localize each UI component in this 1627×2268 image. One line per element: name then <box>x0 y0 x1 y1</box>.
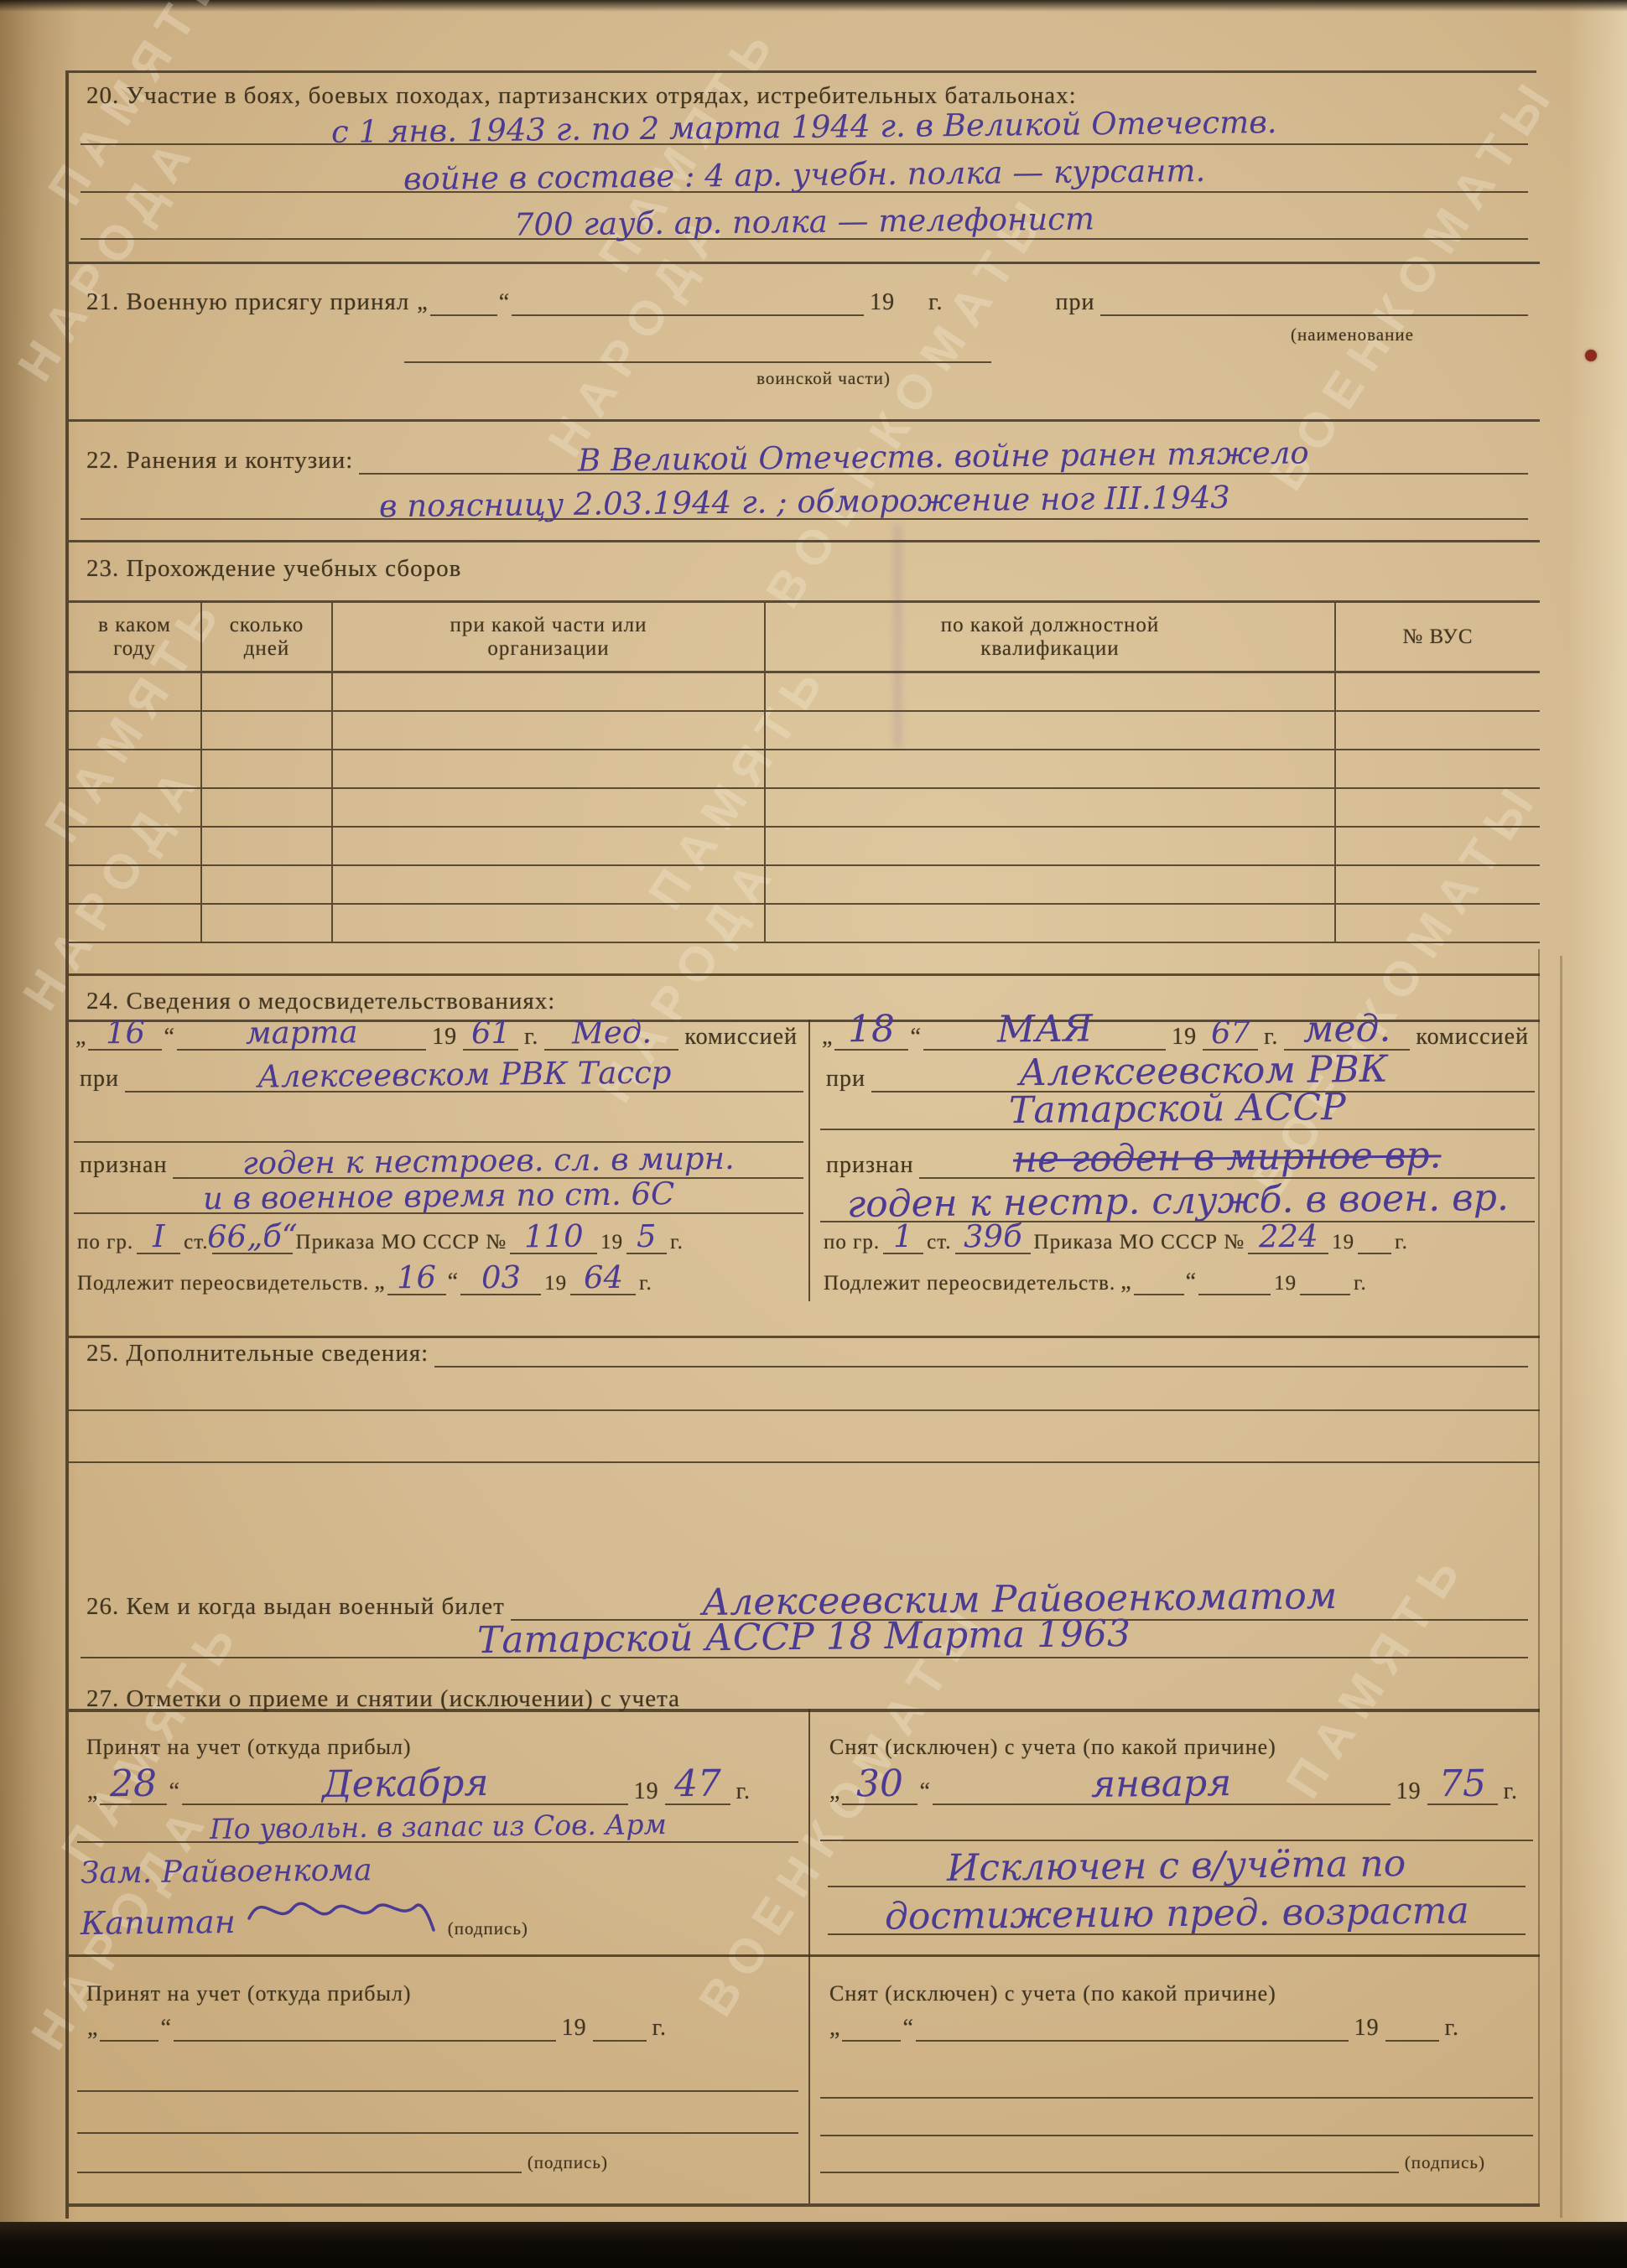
table-cell <box>1336 673 1540 712</box>
section25-title-row: 25. Дополнительные сведения: <box>81 1331 1528 1368</box>
table-cell <box>333 905 766 943</box>
order-label: Приказа МО СССР № <box>1031 1231 1249 1254</box>
open-quote: „ <box>828 1778 842 1805</box>
day-blank <box>100 2040 159 2042</box>
med-right-pri-row: при Алексеевском РВК <box>820 1051 1535 1092</box>
signature-blank <box>77 2172 522 2173</box>
med-left-year: 61 <box>467 1017 513 1049</box>
year-suffix: г. <box>1350 1272 1370 1295</box>
year-prefix: 19 <box>541 1272 570 1295</box>
unit-name-blank <box>404 361 991 363</box>
removed-reason-row-2: достижению пред. возраста <box>828 1893 1526 1935</box>
month-blank <box>916 2040 1349 2042</box>
section27-top-rule <box>69 1709 1540 1712</box>
col-header-unit: при какой части или организации <box>333 603 766 673</box>
table-cell <box>202 789 333 828</box>
removed-month: января <box>1088 1765 1235 1804</box>
table-cell <box>333 673 766 712</box>
group-label: по гр. <box>820 1231 883 1254</box>
med-left-pri-row: при Алексеевском РВК Тасср <box>74 1051 803 1092</box>
section-divider <box>69 973 1540 976</box>
table-cell <box>1336 905 1540 943</box>
section26-row1: 26. Кем и когда выдан военный билет Алек… <box>81 1579 1528 1621</box>
day-blank <box>842 2040 901 2042</box>
section21-row: 21. Военную присягу принял „ “ 19 г. при <box>81 274 1528 316</box>
pri-label: при <box>1050 289 1101 316</box>
col-header-year: в каком году <box>69 603 202 673</box>
med-right-region: Татарской АССР <box>1006 1089 1349 1130</box>
oath-month-blank <box>512 314 864 316</box>
med-left-reexam-year: 64 <box>580 1262 626 1294</box>
col-header-vus: № ВУС <box>1336 603 1540 673</box>
med-right-article: 39б <box>960 1221 1026 1253</box>
med-left-verdict-2: и в военное время по ст. 6С <box>200 1178 678 1215</box>
med-right-region-row: Татарской АССР <box>820 1088 1535 1130</box>
year-suffix: г. <box>667 1231 687 1254</box>
table-cell <box>766 789 1336 828</box>
accepted-date-row-1: „ 28 “ Декабря 19 47 г. <box>86 1763 756 1805</box>
year-blank <box>593 2040 647 2042</box>
section26-row2: Татарской АССР 18 Марта 1963 <box>81 1617 1528 1658</box>
section20-line3: 700 гауб. ар. полка — телефонист <box>81 198 1528 240</box>
med-left-article: 66„б“ <box>203 1221 300 1253</box>
col-header-qualification: по какой должностной квалификации <box>766 603 1336 673</box>
close-quote: “ <box>162 1024 176 1051</box>
oath-unit-blank <box>1100 314 1528 316</box>
section23-title: 23. Прохождение учебных сборов <box>81 555 467 583</box>
rank-label: Капитан <box>77 1906 239 1940</box>
order-label: Приказа МО СССР № <box>293 1231 511 1254</box>
scan-bottom-edge <box>0 2222 1627 2268</box>
close-quote: “ <box>908 1024 923 1051</box>
table-cell <box>1336 712 1540 750</box>
month-blank <box>174 2040 556 2042</box>
removed-date-row-2: „ “ 19 г. <box>828 2000 1465 2042</box>
year-suffix: г. <box>647 2015 673 2042</box>
close-quote: “ <box>1184 1269 1198 1295</box>
med-right-order-number: 224 <box>1255 1221 1322 1253</box>
close-quote: “ <box>901 2015 915 2042</box>
signature-row-2-left: (подпись) <box>77 2128 614 2173</box>
med-right-date-row: „ 18 “ МАЯ 19 67 г. мед. комиссией <box>820 1009 1535 1051</box>
table-cell <box>69 905 202 943</box>
blank-line <box>69 1461 1540 1463</box>
accepted-header-label: Принят на учет (откуда прибыл) <box>81 1735 418 1760</box>
table-cell <box>69 712 202 750</box>
table-cell <box>333 828 766 866</box>
table-cell <box>1336 750 1540 789</box>
med-right-order-row: по гр. 1 ст. 39б Приказа МО СССР № 224 1… <box>820 1212 1535 1254</box>
signature-caption: (подпись) <box>1399 2152 1491 2173</box>
med-left-day: 16 <box>102 1017 148 1049</box>
med-right-year: 67 <box>1207 1017 1253 1049</box>
med-right-month: МАЯ <box>993 1010 1095 1049</box>
table-cell <box>766 866 1336 905</box>
accepted-month: Декабря <box>318 1765 491 1804</box>
signature-row-2-right: (подпись) <box>820 2128 1491 2173</box>
table-cell <box>1336 789 1540 828</box>
close-quote: “ <box>159 2015 173 2042</box>
ticket-issue-place-date: Татарской АССР 18 Марта 1963 <box>474 1616 1134 1660</box>
year-prefix: 19 <box>1349 2015 1385 2042</box>
accepted-origin-row: По увольн. в запас из Сов. Арм <box>77 1801 798 1843</box>
med-left-reexam-day: 16 <box>393 1262 439 1294</box>
accepted-header-1: Принят на учет (откуда прибыл) <box>81 1731 785 1760</box>
group-label: по гр. <box>74 1231 137 1254</box>
open-quote: „ <box>1119 1269 1133 1295</box>
removed-date-row-1: „ 30 “ января 19 75 г. <box>828 1763 1524 1805</box>
med-right-reexam-year-blank <box>1300 1294 1350 1295</box>
note-naimenovanie: (наименование <box>1285 324 1420 345</box>
year-prefix: 19 <box>597 1231 626 1254</box>
signature-blank <box>820 2172 1399 2173</box>
section24-column-divider <box>808 1020 810 1301</box>
section27-block-divider <box>69 1954 1540 1957</box>
open-quote: „ <box>820 1024 834 1051</box>
blank-line <box>77 2090 798 2092</box>
table-cell <box>69 866 202 905</box>
table-cell <box>202 866 333 905</box>
removed-header-label: Снят (исключен) с учета (по какой причин… <box>824 1735 1282 1760</box>
reexam-label: Подлежит переосвидетельств. <box>74 1272 372 1295</box>
close-quote: “ <box>497 289 512 316</box>
section-divider <box>69 419 1540 422</box>
section25-title: 25. Дополнительные сведения: <box>81 1340 434 1368</box>
section22-label: 22. Ранения и контузии: <box>81 447 359 475</box>
table-cell <box>202 905 333 943</box>
page-crease <box>1560 956 1562 2218</box>
table-cell <box>333 712 766 750</box>
blank-line <box>69 1409 1540 1411</box>
close-quote: “ <box>446 1269 460 1295</box>
med-left-commission-type: Мед. <box>569 1017 655 1050</box>
handwritten-unit-2: 700 гауб. ар. полка — телефонист <box>511 204 1098 241</box>
year-suffix: г. <box>518 1024 544 1051</box>
med-right-verdict-struck: не годен в мирное вр. <box>1010 1137 1445 1179</box>
col-header-days: сколько дней <box>202 603 333 673</box>
table-cell <box>69 789 202 828</box>
article-label: ст. <box>923 1231 954 1254</box>
additional-info-blank <box>434 1366 1528 1368</box>
table-cell <box>333 866 766 905</box>
red-stain-dot <box>1585 350 1597 361</box>
table-cell <box>202 828 333 866</box>
commission-label: комиссией <box>1410 1024 1535 1051</box>
med-left-reexam-month: 03 <box>477 1262 523 1294</box>
year-blank <box>1385 2040 1439 2042</box>
med-left-commission-place: Алексеевском РВК Тасср <box>254 1057 675 1093</box>
year-prefix: 19 <box>556 2015 593 2042</box>
year-suffix: г. <box>636 1272 656 1295</box>
form-area: 20. Участие в боях, боевых походах, парт… <box>65 70 1536 2219</box>
med-left-group: I <box>149 1221 169 1253</box>
year-prefix: 19 <box>426 1024 463 1051</box>
section20-line1: с 1 янв. 1943 г. по 2 марта 1944 г. в Ве… <box>81 103 1528 145</box>
med-right-reexam-row: Подлежит переосвидетельств. „ “ 19 г. <box>820 1253 1535 1295</box>
med-right-reexam-day-blank <box>1134 1294 1184 1295</box>
open-quote: „ <box>372 1269 387 1295</box>
handwritten-unit-1: войне в составе : 4 ар. учебн. полка — к… <box>400 155 1209 195</box>
pri-label: при <box>74 1066 125 1092</box>
accepted-origin: По увольн. в запас из Сов. Арм <box>205 1810 669 1843</box>
med-left-month: марта <box>242 1017 361 1050</box>
training-camps-table: в каком году сколько дней при какой част… <box>69 600 1540 943</box>
table-cell <box>766 750 1336 789</box>
note-voinskoy-chasti: воинской части) <box>647 368 1000 389</box>
form-right-border <box>1538 949 1540 2203</box>
section-divider <box>69 262 1540 264</box>
med-right-verdict-row1: признан не годен в мирное вр. <box>820 1137 1535 1179</box>
blank-line <box>820 2097 1533 2099</box>
handwritten-wounds-1: В Великой Отечеств. войне ранен тяжело <box>574 438 1313 477</box>
table-cell <box>69 673 202 712</box>
priznan-label: признан <box>820 1152 919 1179</box>
signature-flourish <box>244 1881 437 1939</box>
med-right-day: 18 <box>845 1011 898 1050</box>
table-cell <box>202 712 333 750</box>
open-quote: „ <box>828 2015 842 2042</box>
removed-reason-1: Исключен с в/учёта по <box>943 1845 1410 1888</box>
removed-header-1: Снят (исключен) с учета (по какой причин… <box>824 1731 1528 1760</box>
section27-title-row: 27. Отметки о приеме и снятии (исключени… <box>81 1679 1528 1713</box>
table-cell <box>766 712 1336 750</box>
signature-caption: (подпись) <box>522 2152 614 2173</box>
year-prefix: 19 <box>1166 1024 1203 1051</box>
section21-label: 21. Военную присягу принял <box>81 288 415 316</box>
accepted-day: 28 <box>107 1766 160 1804</box>
med-left-verdict-row2: и в военное время по ст. 6С <box>74 1172 803 1214</box>
handwritten-service-period: с 1 янв. 1943 г. по 2 марта 1944 г. в Ве… <box>328 106 1281 148</box>
table-cell <box>69 750 202 789</box>
open-quote: „ <box>415 289 429 316</box>
med-left-date-row: „ 16 “ марта 19 61 г. Мед. комиссией <box>74 1009 803 1051</box>
open-quote: „ <box>86 2015 100 2042</box>
year-prefix: 19 <box>1271 1272 1300 1295</box>
section-divider <box>69 540 1540 542</box>
oath-day-blank <box>430 314 497 316</box>
close-quote: “ <box>917 1778 932 1805</box>
table-cell <box>1336 828 1540 866</box>
blank-line <box>820 1840 1533 1841</box>
removed-reason-row-1: Исключен с в/учёта по <box>828 1845 1526 1887</box>
med-right-reexam-month-blank <box>1198 1294 1271 1295</box>
commission-label: комиссией <box>678 1024 803 1051</box>
section23-title-row: 23. Прохождение учебных сборов <box>81 549 1528 583</box>
removed-year: 75 <box>1435 1766 1489 1804</box>
med-right-group: 1 <box>890 1221 917 1253</box>
year-suffix: г. <box>1498 1778 1524 1805</box>
med-left-reexam-row: Подлежит переосвидетельств. „ 16 “ 03 19… <box>74 1253 803 1295</box>
year-suffix: г. <box>1439 2015 1465 2042</box>
accepted-date-row-2: „ “ 19 г. <box>86 2000 673 2042</box>
signature-caption: (подпись) <box>442 1918 534 1939</box>
table-cell <box>766 828 1336 866</box>
year-suffix: г. <box>1391 1231 1411 1254</box>
removed-day: 30 <box>853 1766 907 1804</box>
handwritten-wounds-2: в поясницу 2.03.1944 г. ; обморожение но… <box>375 482 1233 522</box>
section20-line2: войне в составе : 4 ар. учебн. полка — к… <box>81 151 1528 193</box>
year-suffix: г. <box>923 289 949 316</box>
removed-reason-2: достижению пред. возраста <box>881 1892 1472 1936</box>
med-left-order-year: 5 <box>633 1221 660 1253</box>
scanned-military-document-page: ПАМЯТЬ НАРОДА ПАМЯТЬ НАРОДА ВОЕНКОМАТЫ В… <box>0 0 1627 2268</box>
table-cell <box>202 673 333 712</box>
form-bottom-rule <box>69 2203 1540 2207</box>
section22-row2: в поясницу 2.03.1944 г. ; обморожение но… <box>81 478 1528 520</box>
med-left-order-number: 110 <box>521 1221 587 1253</box>
year-suffix: г. <box>1258 1024 1284 1051</box>
year-prefix: 19 <box>864 289 901 316</box>
year-prefix: 19 <box>1390 1778 1427 1805</box>
signature-row-1: Капитан (подпись) <box>77 1891 798 1939</box>
official-title-row: Зам. Райвоенкома <box>77 1851 798 1888</box>
open-quote: „ <box>74 1024 88 1051</box>
reexam-label: Подлежит переосвидетельств. <box>820 1272 1119 1295</box>
year-prefix: 19 <box>1328 1231 1358 1254</box>
table-cell <box>766 673 1336 712</box>
table-cell <box>202 750 333 789</box>
med-left-order-row: по гр. I ст. 66„б“ Приказа МО СССР № 110… <box>74 1212 803 1254</box>
table-cell <box>1336 866 1540 905</box>
accepted-year: 47 <box>670 1766 724 1804</box>
section22-row1: 22. Ранения и контузии: В Великой Отечес… <box>81 433 1528 475</box>
table-cell <box>333 789 766 828</box>
med-right-commission-type: мед. <box>1300 1011 1395 1050</box>
table-cell <box>333 750 766 789</box>
table-cell <box>766 905 1336 943</box>
table-cell <box>69 828 202 866</box>
